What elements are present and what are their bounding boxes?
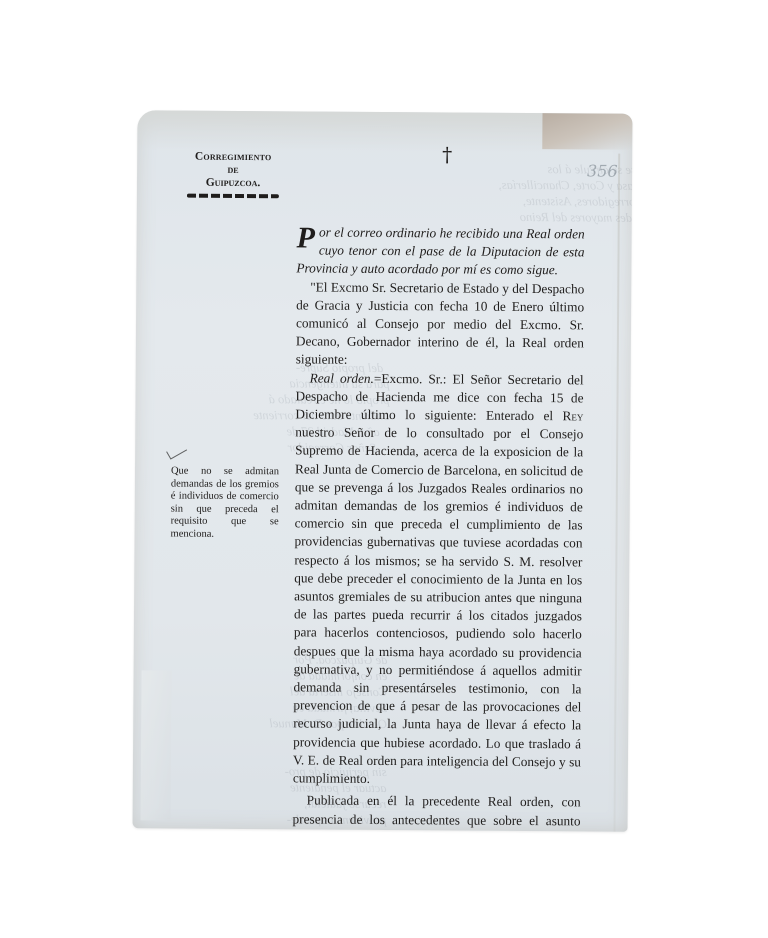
pencil-check-mark-icon xyxy=(166,442,187,459)
header-line-3: Guipuzcoa. xyxy=(183,177,283,191)
intro-paragraph: Por el correo ordinario he recibido una … xyxy=(296,223,584,280)
document-page: que para que la tuviese se circule á los… xyxy=(132,110,632,831)
real-orden-lead: Real orden. xyxy=(310,370,374,385)
paragraph-publicada: Publicada en él la precedente Real orden… xyxy=(292,792,580,832)
torn-corner xyxy=(542,113,632,150)
real-orden-text-b: nuestro Señor de lo consultado por el Co… xyxy=(293,425,584,786)
dagger-cross-icon: † xyxy=(442,142,452,166)
page-left-fold xyxy=(141,670,172,820)
header-line-1: Corregimiento xyxy=(183,151,283,165)
pencil-folio-number: 356 xyxy=(587,161,618,180)
paragraph-gracia-justicia: "El Excmo Sr. Secretario de Estado y del… xyxy=(296,278,585,371)
page-fold-line xyxy=(613,154,620,832)
decorative-wavy-rule xyxy=(187,194,279,199)
photo-stage: que para que la tuviese se circule á los… xyxy=(0,0,768,938)
intro-text: or el correo ordinario he recibido una R… xyxy=(296,225,584,278)
main-text-column: Por el correo ordinario he recibido una … xyxy=(292,223,584,831)
header-line-2: DE xyxy=(183,164,283,178)
rey-smallcaps: Rey xyxy=(562,408,583,423)
paragraph-real-orden: Real orden.=Excmo. Sr.: El Señor Secreta… xyxy=(293,369,584,790)
drop-cap: P xyxy=(297,225,316,251)
corregimiento-header: Corregimiento DE Guipuzcoa. xyxy=(183,151,283,199)
margin-summary-note: Que no se admitan demandas de los gremio… xyxy=(171,466,280,542)
